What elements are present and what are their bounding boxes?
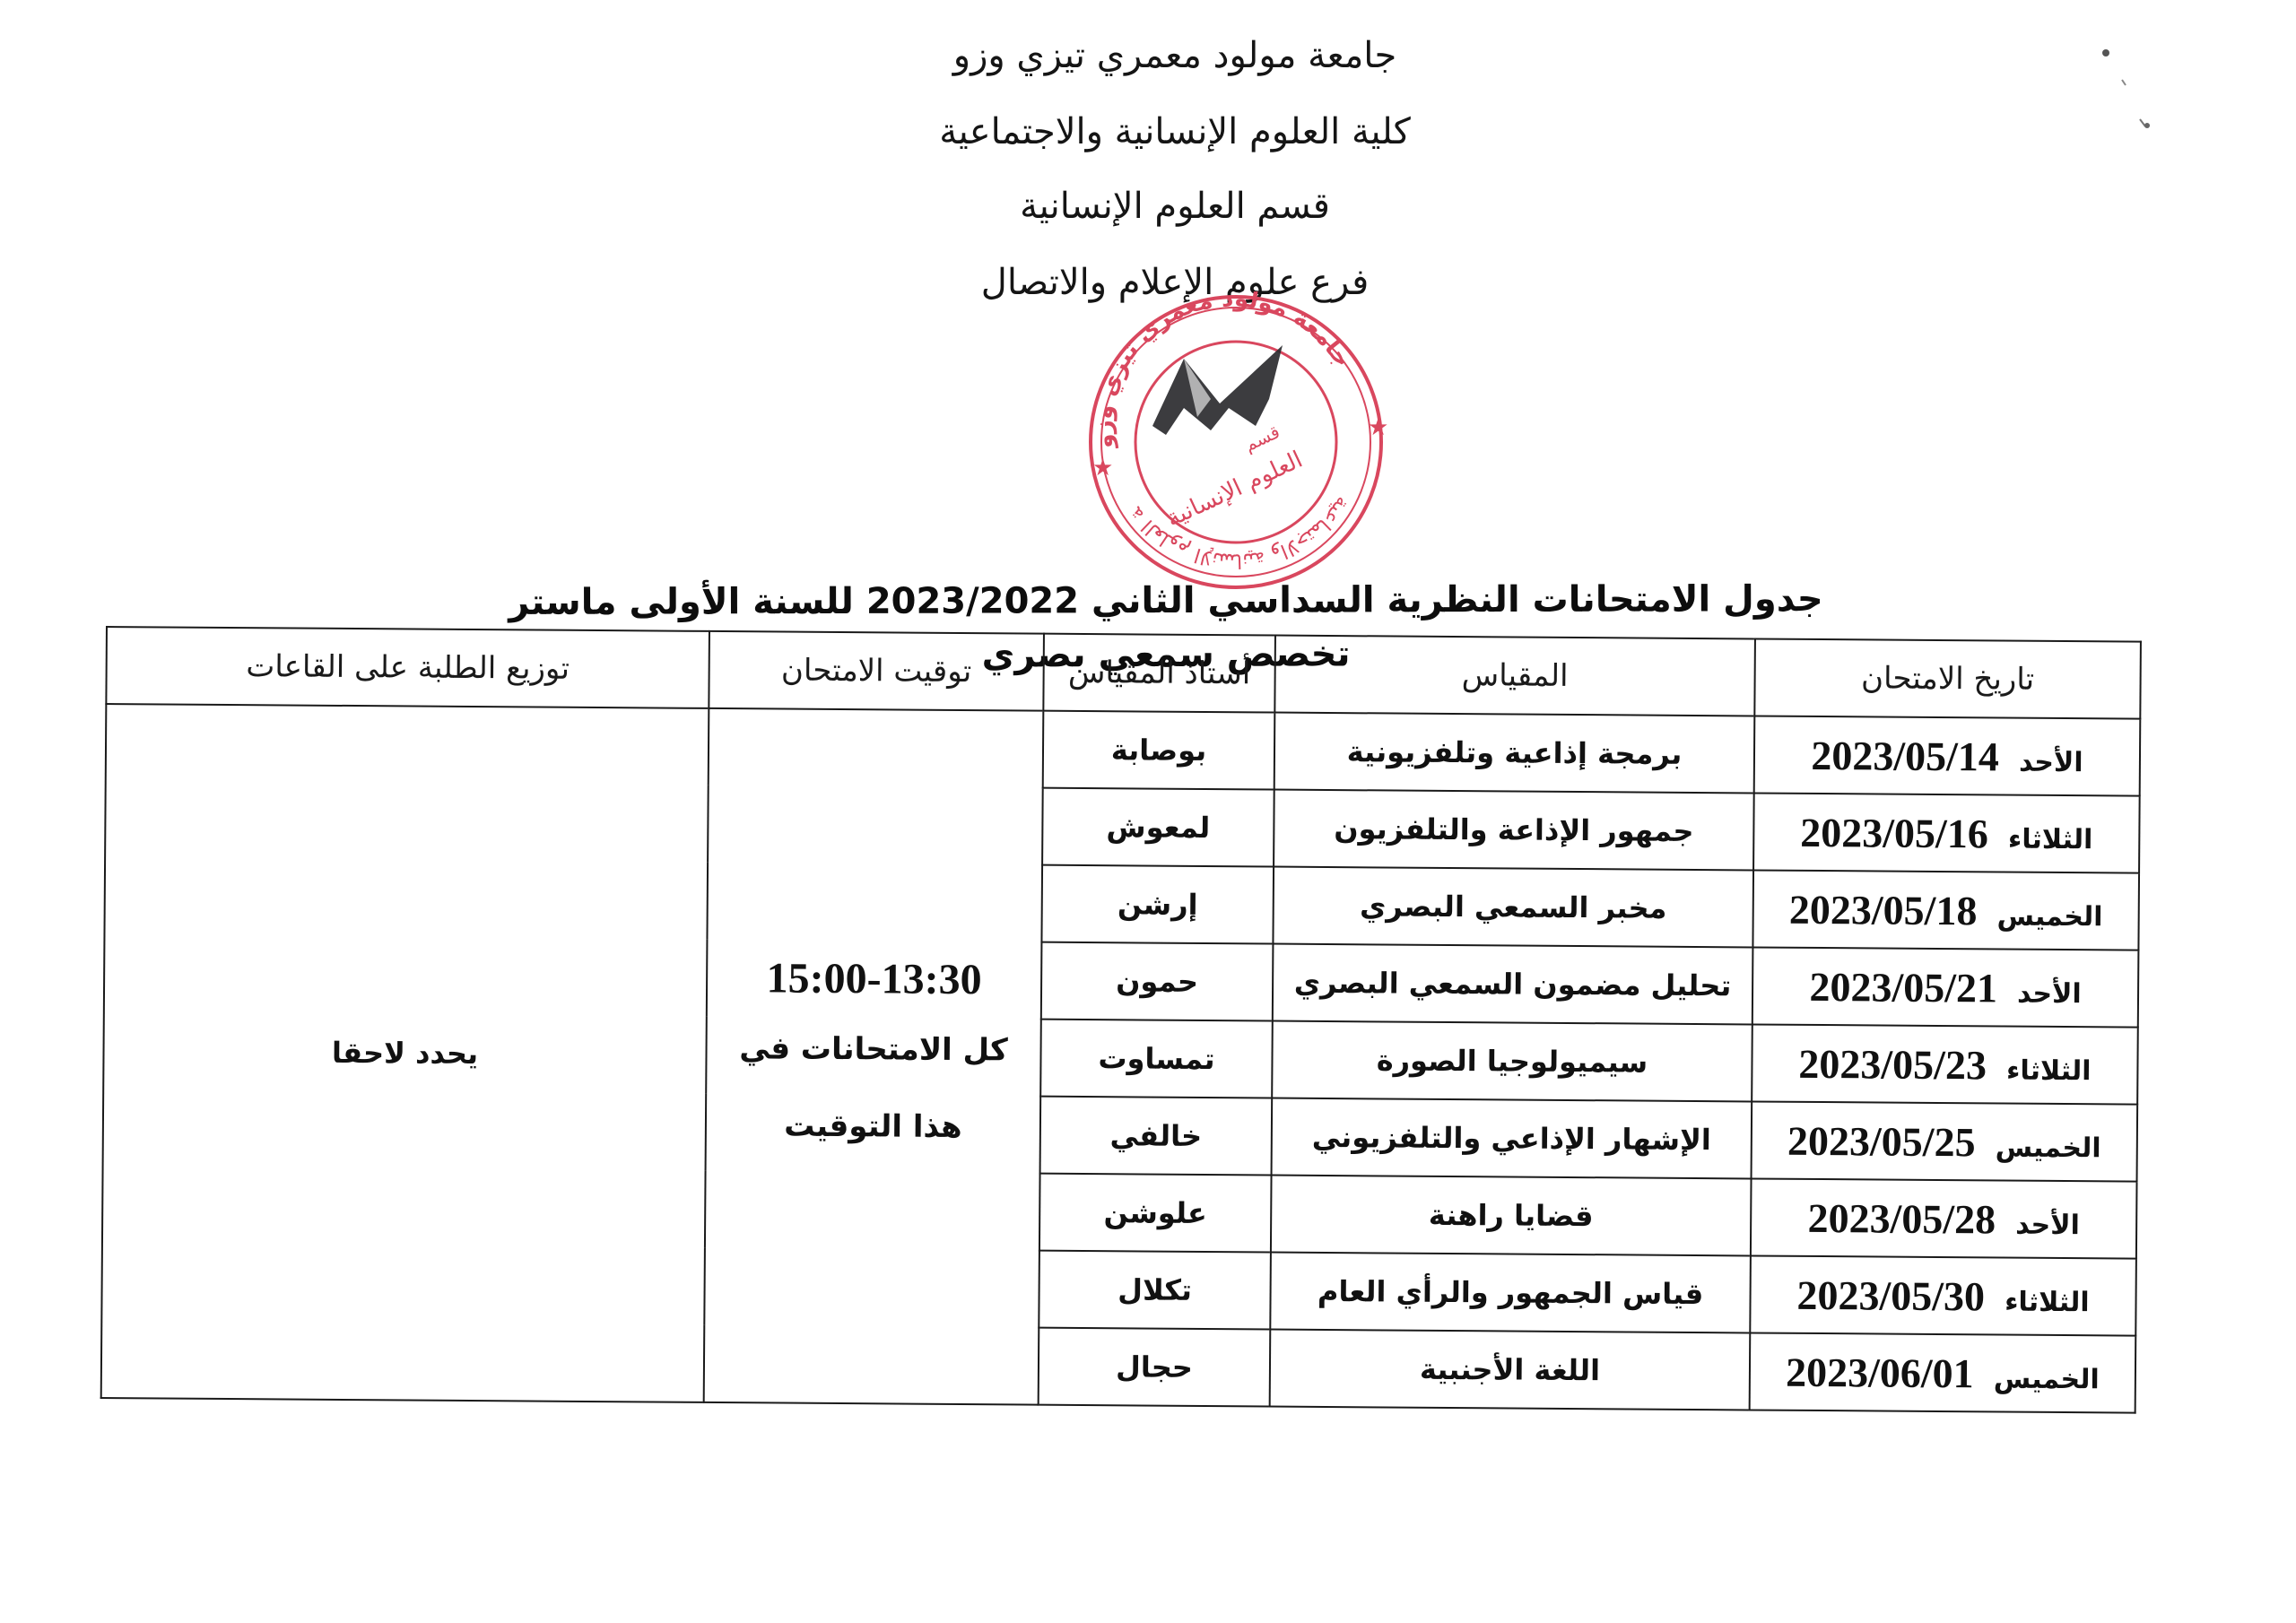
- header-exam-time: توقيت الامتحان: [709, 631, 1044, 711]
- exam-date: 2023/05/28: [1807, 1194, 1996, 1242]
- faculty-name: كلية العلوم الإنسانية والاجتماعية: [0, 105, 2296, 159]
- header-module: المقياس: [1274, 636, 1755, 716]
- exam-day: الثلاثاء: [2005, 1286, 2090, 1318]
- exam-day: الخميس: [1994, 1363, 2100, 1395]
- professor-cell: تمساوت: [1040, 1020, 1273, 1098]
- exam-date: 2023/05/16: [1800, 809, 1988, 856]
- exam-day: الأحد: [2019, 746, 2083, 778]
- department-name-text: قسم العلوم الإنسانية: [1020, 179, 1330, 233]
- exam-date: 2023/05/14: [1811, 732, 1999, 779]
- svg-text:جامعة مولود معمري تيزي وزو: جامعة مولود معمري تيزي وزو: [1091, 291, 1356, 452]
- exam-day: الثلاثاء: [2008, 823, 2093, 855]
- professor-cell: علوشن: [1039, 1174, 1272, 1253]
- faculty-name-text: كلية العلوم الإنسانية والاجتماعية: [939, 105, 1411, 159]
- exam-time-range: 15:00-13:30: [717, 947, 1032, 1012]
- exam-day: الأحد: [2017, 977, 2082, 1010]
- exam-date-cell: الأحد 2023/05/14: [1754, 716, 2141, 795]
- svg-text:العلوم الإنسانية: العلوم الإنسانية: [1162, 447, 1307, 533]
- exam-date: 2023/06/01: [1786, 1349, 1974, 1396]
- exam-time-cell: 15:00-13:30 كل الامتحانات في هذا التوقيت: [704, 708, 1044, 1405]
- official-stamp: جامعة مولود معمري تيزي وزو كلية العلوم ا…: [1076, 291, 1390, 596]
- table-row: الأحد 2023/05/14 برمجة إذاعية وتلفزيونية…: [106, 704, 2141, 796]
- svg-text:قسم: قسم: [1241, 421, 1283, 456]
- professor-cell: خالفي: [1040, 1097, 1273, 1176]
- exam-schedule-document: جامعة مولود معمري تيزي وزو كلية العلوم ا…: [0, 0, 2296, 1623]
- module-cell: سيميولوجيا الصورة: [1272, 1021, 1752, 1102]
- exam-table-container: تاريخ الامتحان المقياس أستاذ المقياس توق…: [100, 626, 2140, 1414]
- exam-time-note-line2: هذا التوقيت: [716, 1087, 1031, 1167]
- exam-day: الأحد: [2015, 1209, 2080, 1241]
- exam-date: 2023/05/23: [1798, 1040, 1987, 1088]
- exam-day: الثلاثاء: [2006, 1055, 2092, 1087]
- exam-date: 2023/05/21: [1809, 963, 1997, 1011]
- room-distribution-cell: يحدد لاحقا: [101, 704, 709, 1402]
- exam-date-cell: الخميس 2023/06/01: [1750, 1332, 2136, 1412]
- professor-cell: تكلال: [1039, 1251, 1271, 1330]
- exam-date-cell: الخميس 2023/05/18: [1752, 870, 2139, 950]
- professor-cell: بوصابة: [1043, 711, 1275, 790]
- module-cell: الإشهار الإذاعي والتلفزيوني: [1272, 1098, 1752, 1179]
- module-cell: تحليل مضمون السمعي البصري: [1273, 944, 1753, 1025]
- exam-time-note-line1: كل الامتحانات في: [716, 1010, 1031, 1089]
- module-cell: برمجة إذاعية وتلفزيونية: [1274, 713, 1755, 794]
- module-cell: جمهور الإذاعة والتلفزيون: [1274, 790, 1754, 871]
- svg-text:★: ★: [1368, 414, 1388, 441]
- exam-date-cell: الثلاثاء 2023/05/23: [1752, 1024, 2138, 1104]
- exam-date: 2023/05/25: [1787, 1117, 1976, 1165]
- module-cell: قياس الجمهور والرأي العام: [1270, 1253, 1751, 1333]
- professor-cell: لمعوش: [1042, 788, 1274, 867]
- professor-cell: حجال: [1039, 1328, 1271, 1407]
- exam-date-cell: الخميس 2023/05/25: [1752, 1101, 2138, 1181]
- exam-date-cell: الثلاثاء 2023/05/30: [1750, 1255, 2136, 1335]
- svg-text:★: ★: [1092, 455, 1113, 482]
- exam-day: الخميس: [1996, 900, 2102, 933]
- professor-cell: إرشن: [1041, 865, 1274, 944]
- stamp-seal-icon: جامعة مولود معمري تيزي وزو كلية العلوم ا…: [1076, 291, 1390, 596]
- exam-date: 2023/05/18: [1789, 886, 1978, 933]
- module-cell: قضايا راهنة: [1271, 1176, 1752, 1256]
- header-professor: أستاذ المقياس: [1043, 634, 1275, 713]
- module-cell: اللغة الأجنبية: [1270, 1330, 1751, 1410]
- exam-day: الخميس: [1996, 1132, 2101, 1164]
- professor-cell: حمون: [1041, 942, 1274, 1021]
- scan-artifact-marks: [2099, 40, 2170, 130]
- exam-date: 2023/05/30: [1796, 1271, 1985, 1319]
- exam-date-cell: الثلاثاء 2023/05/16: [1753, 793, 2140, 872]
- university-name: جامعة مولود معمري تيزي وزو: [0, 29, 2296, 82]
- table-header-row: تاريخ الامتحان المقياس أستاذ المقياس توق…: [106, 627, 2141, 719]
- header-room-distribution: توزيع الطلبة على القاعات: [106, 627, 709, 708]
- department-name: قسم العلوم الإنسانية: [0, 179, 2296, 233]
- exam-schedule-table: تاريخ الامتحان المقياس أستاذ المقياس توق…: [100, 626, 2142, 1414]
- exam-date-cell: الأحد 2023/05/21: [1752, 947, 2139, 1027]
- university-name-text: جامعة مولود معمري تيزي وزو: [953, 29, 1396, 82]
- exam-date-cell: الأحد 2023/05/28: [1751, 1178, 2137, 1258]
- header-exam-date: تاريخ الامتحان: [1754, 638, 2141, 718]
- module-cell: مخبر السمعي البصري: [1273, 867, 1753, 948]
